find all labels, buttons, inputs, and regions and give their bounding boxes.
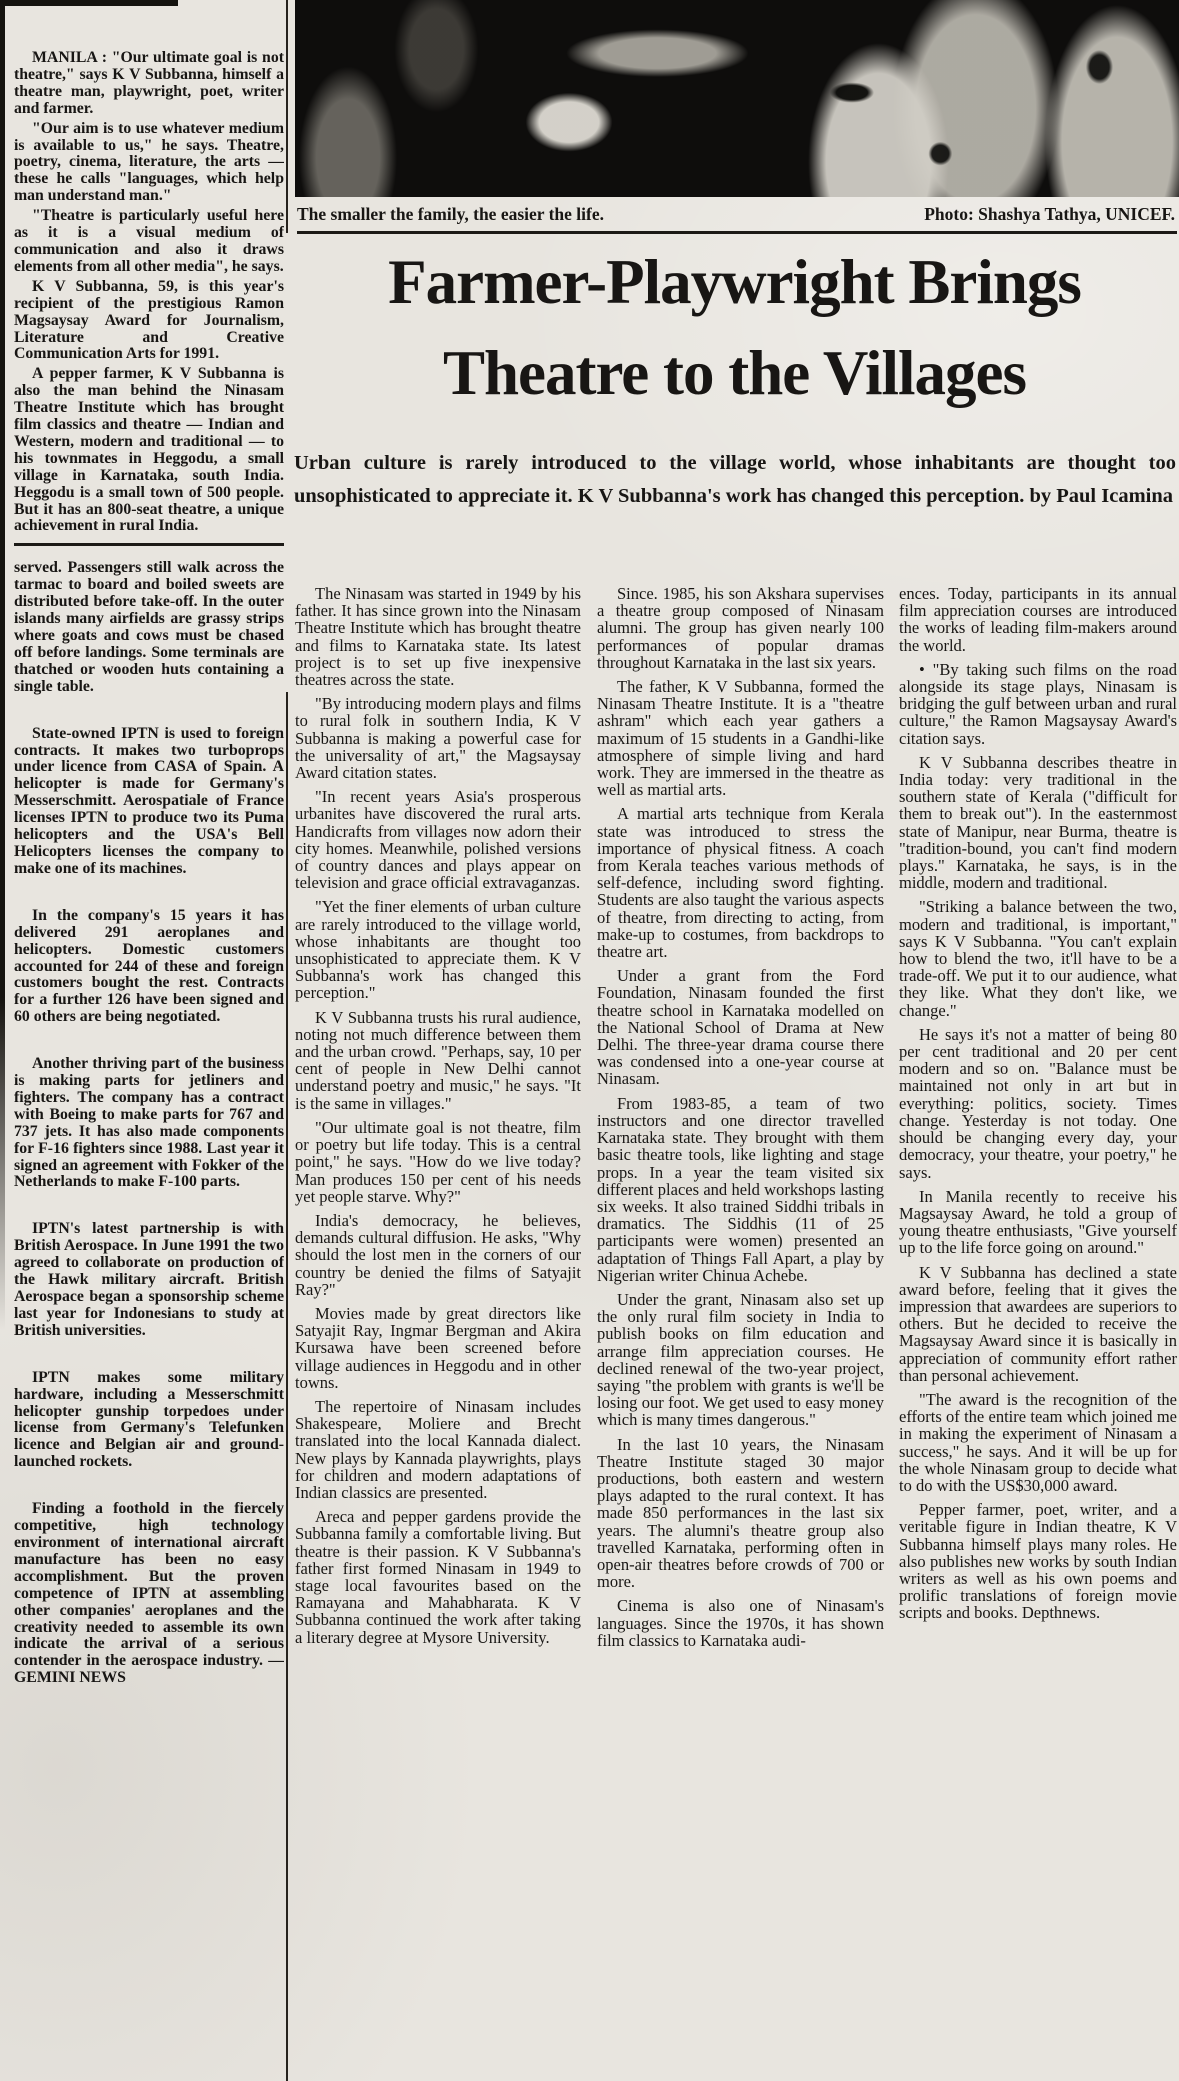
paragraph: ences. Today, participants in its annual… [899, 585, 1177, 654]
paragraph: "The award is the recognition of the eff… [899, 1391, 1177, 1494]
paragraph: "Our ultimate goal is not theatre, film … [295, 1119, 581, 1205]
paragraph: The father, K V Subbanna, formed the Nin… [597, 678, 884, 798]
paragraph: "Striking a balance between the two, mod… [899, 898, 1177, 1018]
paragraph: Under the grant, Ninasam also set up the… [597, 1291, 884, 1429]
paragraph: "Yet the finer elements of urban culture… [295, 898, 581, 1001]
sidebar-section-divider [14, 543, 284, 546]
paragraph: Another thriving part of the business is… [14, 1056, 284, 1191]
scan-artifact-top-bar [0, 0, 178, 6]
paragraph: A martial arts technique from Kerala sta… [597, 805, 884, 960]
paragraph: The Ninasam was started in 1949 by his f… [295, 585, 581, 688]
paragraph: A pepper farmer, K V Subbanna is also th… [14, 366, 284, 535]
paragraph: Areca and pepper gardens provide the Sub… [295, 1508, 581, 1646]
paragraph: In the company's 15 years it has deliver… [14, 908, 284, 1026]
headline-line-1: Farmer-Playwright Brings [388, 247, 1081, 317]
paragraph: Movies made by great directors like Saty… [295, 1305, 581, 1391]
paragraph: In the last 10 years, the Ninasam Theatr… [597, 1436, 884, 1591]
paragraph: "Theatre is particularly useful here as … [14, 208, 284, 276]
column-rule-body [286, 692, 288, 2081]
paragraph: "In recent years Asia's prosperous urban… [295, 788, 581, 891]
paragraph: "By introducing modern plays and films t… [295, 695, 581, 781]
paragraph: K V Subbanna describes theatre in India … [899, 754, 1177, 892]
headline: Farmer-Playwright Brings Theatre to the … [292, 237, 1177, 419]
paragraph: IPTN makes some military hardware, inclu… [14, 1370, 284, 1471]
paragraph: MANILA : "Our ultimate goal is not theat… [14, 50, 284, 118]
paragraph: K V Subbanna has declined a state award … [899, 1264, 1177, 1384]
body-column-3: ences. Today, participants in its annual… [899, 585, 1177, 2081]
column-rule-top [286, 0, 288, 233]
paragraph: served. Passengers still walk across the… [14, 560, 284, 695]
paragraph: • "By taking such films on the road alon… [899, 661, 1177, 747]
sidebar-intro-section: MANILA : "Our ultimate goal is not theat… [14, 50, 284, 535]
paragraph: Finding a foothold in the fiercely compe… [14, 1501, 284, 1687]
sidebar-article: MANILA : "Our ultimate goal is not theat… [14, 50, 284, 2070]
paragraph: Pepper farmer, poet, writer, and a verit… [899, 1501, 1177, 1621]
scan-artifact-left-edge [0, 0, 5, 1330]
paragraph: From 1983-85, a team of two instructors … [597, 1095, 884, 1284]
paragraph: India's democracy, he believes, demands … [295, 1212, 581, 1298]
caption-divider-rule [297, 231, 1177, 234]
paragraph: The repertoire of Ninasam includes Shake… [295, 1398, 581, 1501]
paragraph: K V Subbanna trusts his rural audience, … [295, 1009, 581, 1112]
paragraph: Cinema is also one of Ninasam's language… [597, 1597, 884, 1649]
news-photo [295, 0, 1179, 197]
body-column-1: The Ninasam was started in 1949 by his f… [295, 585, 581, 2081]
paragraph: Since. 1985, his son Akshara supervises … [597, 585, 884, 671]
body-column-2: Since. 1985, his son Akshara supervises … [597, 585, 884, 2081]
newspaper-page: MANILA : "Our ultimate goal is not theat… [0, 0, 1179, 2081]
paragraph: Under a grant from the Ford Foundation, … [597, 967, 884, 1087]
paragraph: In Manila recently to receive his Magsay… [899, 1188, 1177, 1257]
headline-line-2: Theatre to the Villages [443, 338, 1026, 408]
paragraph: State-owned IPTN is used to foreign cont… [14, 726, 284, 878]
photo-credit: Photo: Shashya Tathya, UNICEF. [924, 204, 1175, 225]
photo-caption-row: The smaller the family, the easier the l… [297, 198, 1175, 230]
paragraph: "Our aim is to use whatever medium is av… [14, 121, 284, 206]
sidebar-continuation-section: served. Passengers still walk across the… [14, 560, 284, 1687]
standfirst: Urban culture is rarely introduced to th… [294, 447, 1176, 512]
paragraph: IPTN's latest partnership is with Britis… [14, 1221, 284, 1339]
paragraph: He says it's not a matter of being 80 pe… [899, 1026, 1177, 1181]
paragraph: K V Subbanna, 59, is this year's recipie… [14, 279, 284, 364]
photo-caption: The smaller the family, the easier the l… [297, 204, 604, 225]
